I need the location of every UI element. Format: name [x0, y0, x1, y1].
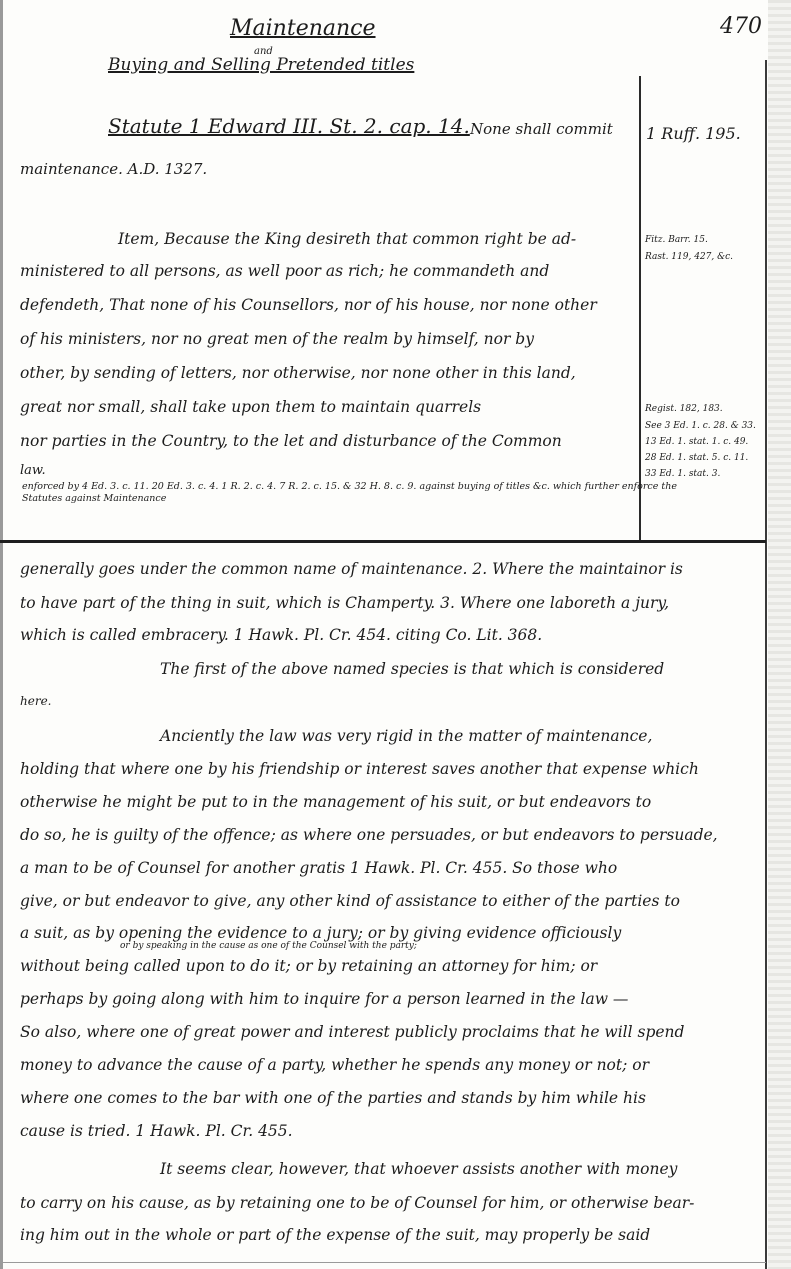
statute-text-line: Item, Because the King desireth that com…	[118, 230, 576, 248]
body-line: here.	[20, 694, 51, 708]
enforcement-note: enforced by 4 Ed. 3. c. 11. 20 Ed. 3. c.…	[22, 481, 677, 492]
statute-text-line: ministered to all persons, as well poor …	[20, 262, 549, 280]
margin-note: 28 Ed. 1. stat. 5. c. 11.	[645, 453, 748, 463]
statute-text-line: great nor small, shall take upon them to…	[20, 398, 481, 416]
body-line: to have part of the thing in suit, which…	[20, 594, 669, 612]
enforcement-note: Statutes against Maintenance	[22, 493, 166, 504]
bottom-edge	[0, 1262, 766, 1263]
statute-text-line: law.	[20, 463, 46, 478]
margin-note: 33 Ed. 1. stat. 3.	[645, 469, 720, 479]
body-line: do so, he is guilty of the offence; as w…	[20, 826, 718, 844]
right-margin-rule	[765, 60, 767, 1269]
statute-text-line: defendeth, That none of his Counsellors,…	[20, 296, 597, 314]
body-line: money to advance the cause of a party, w…	[20, 1056, 649, 1074]
body-line: a suit, as by opening the evidence to a …	[20, 924, 621, 942]
margin-reference: 1 Ruff. 195.	[646, 124, 741, 143]
body-line: give, or but endeavor to give, any other…	[20, 892, 680, 910]
body-line: a man to be of Counsel for another grati…	[20, 859, 617, 877]
page-number: 470	[720, 14, 762, 39]
margin-note: Fitz. Barr. 15.	[645, 235, 708, 245]
statute-text-line: nor parties in the Country, to the let a…	[20, 432, 562, 450]
manuscript-page: Maintenance and Buying and Selling Prete…	[0, 0, 791, 1269]
body-line: without being called upon to do it; or b…	[20, 957, 597, 975]
body-line: where one comes to the bar with one of t…	[20, 1089, 646, 1107]
body-line: The first of the above named species is …	[160, 660, 664, 678]
statute-text-line: other, by sending of letters, nor otherw…	[20, 364, 576, 382]
marginal-notes-rule	[639, 76, 641, 542]
margin-note: Rast. 119, 427, &c.	[645, 252, 733, 262]
page-left-edge	[0, 0, 3, 1269]
body-line: cause is tried. 1 Hawk. Pl. Cr. 455.	[20, 1122, 293, 1140]
body-line: Anciently the law was very rigid in the …	[160, 727, 652, 745]
statute-citation: Statute 1 Edward III. St. 2. cap. 14.	[108, 114, 470, 138]
body-line: which is called embracery. 1 Hawk. Pl. C…	[20, 626, 542, 644]
body-line: generally goes under the common name of …	[20, 560, 683, 578]
section-divider	[0, 540, 766, 543]
body-line: holding that where one by his friendship…	[20, 760, 699, 778]
margin-note: See 3 Ed. 1. c. 28. & 33.	[645, 421, 756, 431]
body-line: to carry on his cause, as by retaining o…	[20, 1194, 694, 1212]
statute-heading-tail: None shall commit	[470, 120, 613, 138]
margin-note: Regist. 182, 183.	[645, 404, 723, 414]
body-line: otherwise he might be put to in the mana…	[20, 793, 651, 811]
body-line: So also, where one of great power and in…	[20, 1023, 684, 1041]
page-subtitle: Buying and Selling Pretended titles	[108, 55, 414, 75]
statute-text-line: of his ministers, nor no great men of th…	[20, 330, 534, 348]
page-title: Maintenance	[230, 16, 376, 41]
body-line: It seems clear, however, that whoever as…	[160, 1160, 677, 1178]
margin-note: 13 Ed. 1. stat. 1. c. 49.	[645, 437, 748, 447]
statute-heading-line2: maintenance. A.D. 1327.	[20, 160, 207, 178]
body-line: ing him out in the whole or part of the …	[20, 1226, 650, 1244]
body-line: perhaps by going along with him to inqui…	[20, 990, 628, 1008]
interlinear-insertion: or by speaking in the cause as one of th…	[120, 941, 417, 951]
binding-edge	[768, 0, 791, 1269]
